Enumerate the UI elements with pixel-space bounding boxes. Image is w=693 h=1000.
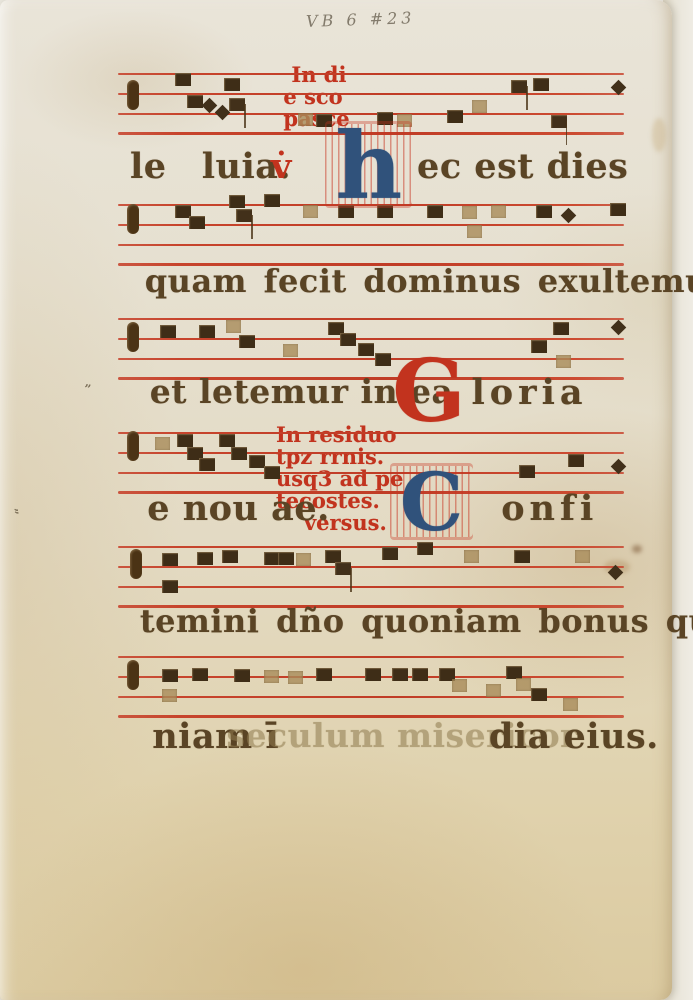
neume-square: [536, 205, 552, 218]
neume-faded-square: [467, 225, 482, 238]
initial-C-confitemini: C: [400, 466, 464, 540]
margin-mark: ”: [6, 507, 21, 516]
neume-faded-square: [462, 206, 477, 219]
neume-faded-square: [226, 320, 241, 333]
neume-square: [189, 216, 205, 229]
stave-line: [118, 566, 624, 568]
neume-square: [531, 340, 547, 353]
neume-square: [229, 195, 245, 208]
chant-text: dia eius.: [489, 716, 659, 757]
neume-faded-square: [298, 113, 313, 126]
neume-square: [264, 194, 280, 207]
neume-square: [278, 552, 294, 565]
neume-square: [519, 465, 535, 478]
neume-square: [199, 325, 215, 338]
neume-square: [531, 688, 547, 701]
neume-faded-square: [288, 671, 303, 684]
neume-square: [175, 73, 191, 86]
neume-square: [219, 434, 235, 447]
chant-text: quam fecit dominus exultemus: [145, 262, 693, 300]
neume-square: [264, 552, 280, 565]
initial-H-hec-est-dies: h: [335, 124, 402, 209]
music-stave-3: [125, 318, 620, 380]
neume-square: [231, 447, 247, 460]
neume-faded-square: [575, 550, 590, 563]
neume-faded-square: [296, 553, 311, 566]
neume-square: [551, 115, 567, 128]
chant-text: onfi: [501, 488, 598, 529]
stave-line: [118, 432, 624, 434]
music-stave-4: [125, 432, 620, 494]
neume-faded-square: [283, 344, 298, 357]
neume-square: [264, 466, 280, 479]
neume-square: [358, 343, 374, 356]
fox-spot: [632, 545, 642, 553]
manuscript-leaf: VB 6 #23 In die scopasce In residuotpz r…: [0, 0, 672, 1000]
neume-square: [365, 668, 381, 681]
neume-faded-square: [303, 205, 318, 218]
neume-faded-square: [472, 100, 487, 113]
neume-square: [222, 550, 238, 563]
neume-square: [249, 455, 265, 468]
neume-square: [335, 562, 351, 575]
neume-square: [375, 353, 391, 366]
neume-faded-square: [563, 698, 578, 711]
neume-square: [382, 547, 398, 560]
neume-square: [447, 110, 463, 123]
stave-line: [118, 696, 624, 698]
neume-square: [236, 209, 252, 222]
neume-faded-square: [162, 689, 177, 702]
stain: [652, 118, 666, 152]
neume-faded-square: [452, 679, 467, 692]
chant-text: ec est dies: [417, 146, 628, 187]
stave-line: [118, 546, 624, 548]
music-stave-5: [125, 546, 620, 608]
neume-square: [568, 454, 584, 467]
stave-line: [118, 358, 624, 360]
neume-square: [197, 552, 213, 565]
chant-text: temini dño quoniam bonus quo: [140, 602, 693, 640]
neume-square: [162, 669, 178, 682]
neume-square: [239, 335, 255, 348]
neume-square: [229, 98, 245, 111]
neume-faded-square: [464, 550, 479, 563]
initial-letter: G: [392, 341, 465, 442]
neume-tall: [130, 549, 142, 579]
neume-tall: [127, 431, 139, 461]
neume-faded-square: [264, 670, 279, 683]
margin-mark: ”: [83, 382, 92, 397]
neume-diamond: [214, 104, 230, 120]
writing-area: In die scopasce In residuotpz rrnis.usq3…: [125, 0, 620, 1000]
neume-faded-square: [155, 437, 170, 450]
chant-text: v̇: [271, 146, 292, 187]
music-stave-6: [125, 656, 620, 718]
neume-tall: [127, 322, 139, 352]
neume-square: [224, 78, 240, 91]
stave-line: [118, 73, 624, 75]
stave-line: [118, 656, 624, 658]
initial-G-gloria: G: [392, 352, 465, 431]
neume-square: [162, 580, 178, 593]
neume-faded-square: [491, 205, 506, 218]
neume-tall: [127, 204, 139, 234]
neume-square: [175, 205, 191, 218]
chant-text: le: [130, 146, 167, 187]
neume-square: [610, 203, 626, 216]
stave-line: [118, 318, 624, 320]
initial-letter: h: [335, 112, 402, 220]
neume-square: [162, 553, 178, 566]
neume-square: [553, 322, 569, 335]
neume-square: [160, 325, 176, 338]
neume-square: [514, 550, 530, 563]
neume-square: [234, 669, 250, 682]
chant-text: loria: [472, 372, 588, 413]
neume-square: [177, 434, 193, 447]
stave-line: [118, 244, 624, 246]
neume-diamond: [610, 320, 626, 336]
neume-square: [427, 205, 443, 218]
neume-square: [199, 458, 215, 471]
neume-diamond: [561, 208, 577, 224]
initial-letter: C: [400, 455, 464, 549]
stave-line: [118, 338, 624, 340]
neume-square: [392, 668, 408, 681]
neume-square: [533, 78, 549, 91]
neume-faded-square: [486, 684, 501, 697]
chant-text: e nou ae.: [147, 488, 330, 529]
neume-square: [340, 333, 356, 346]
neume-square: [511, 80, 527, 93]
neume-faded-square: [556, 355, 571, 368]
neume-square: [187, 95, 203, 108]
neume-tall: [127, 660, 139, 690]
neume-square: [316, 668, 332, 681]
stave-line: [118, 472, 624, 474]
neume-square: [412, 668, 428, 681]
neume-square: [192, 668, 208, 681]
stave-line: [118, 586, 624, 588]
neume-tall: [127, 80, 139, 110]
neume-faded-square: [516, 678, 531, 691]
